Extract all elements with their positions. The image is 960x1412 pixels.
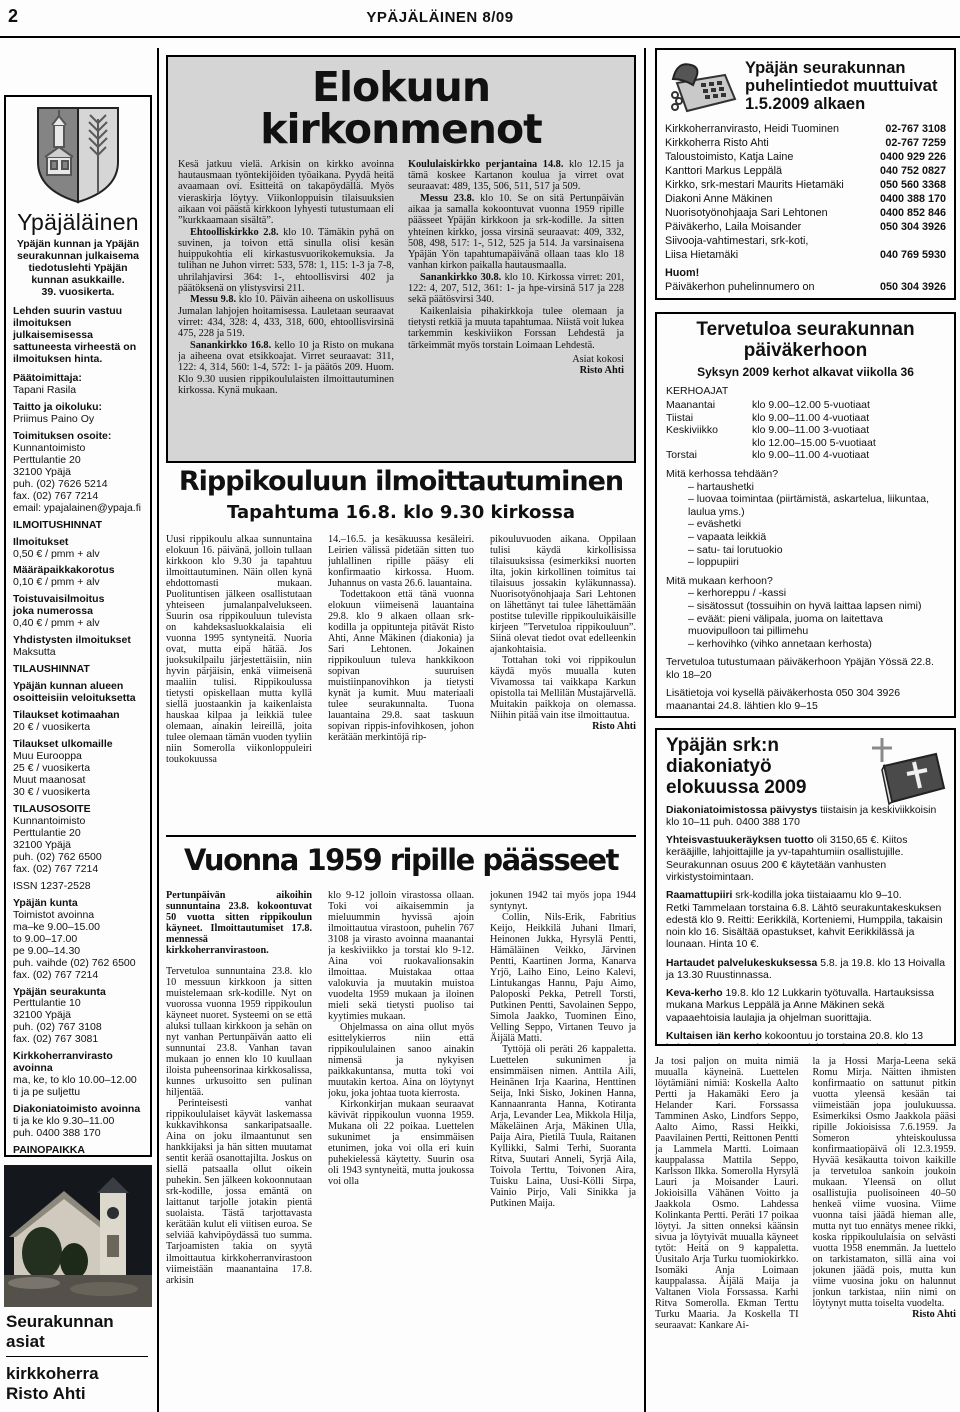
masthead-section: Taitto ja oikoluku:Priimus Paino Oy <box>13 402 143 426</box>
ypaja-coat-of-arms-icon <box>34 105 122 205</box>
article-title: Elokuun kirkonmenot <box>168 67 634 151</box>
list-item: – eväshetki <box>666 518 945 531</box>
diakonia-paragraph: Diakoniatoimistossa päivystys tiistaisin… <box>666 805 945 830</box>
masthead-sidebar: Ypäjäläinen Ypäjän kunnan ja Ypäjän seur… <box>4 95 152 1157</box>
article-column: jokunen 1942 tai myös jopa 1944 syntynyt… <box>490 890 636 1410</box>
article-title-vuonna-1959: Vuonna 1959 ripille päässeet <box>166 843 636 877</box>
schedule-row: Keskiviikkoklo 9.00–11.00 3-vuotiaat <box>666 424 945 437</box>
article-title-rippikoulu: Rippikouluun ilmoittautuminen <box>166 466 636 497</box>
masthead-subtitle: Ypäjän kunnan ja Ypäjän seurakunnan julk… <box>13 239 143 299</box>
phone-numbers-box: Ypäjän seurakunnan puhelintiedot muuttui… <box>655 48 956 300</box>
paivakerho-subtitle: Syksyn 2009 kerhot alkavat viikolla 36 <box>666 365 945 379</box>
phone-row: Nuorisotyönohjaaja Sari Lehtonen0400 852… <box>665 206 946 220</box>
question-heading: Mitä mukaan kerhoon? <box>666 575 945 588</box>
section-rule <box>166 835 636 837</box>
schedule-label: KERHOAJAT <box>666 385 945 398</box>
article-column: Kesä jatkuu vielä. Arkisin on kirkko avo… <box>178 159 394 429</box>
church-night-photo <box>4 1165 152 1307</box>
phone-box-title: Ypäjän seurakunnan puhelintiedot muuttui… <box>745 59 937 113</box>
article-column: 14.–16.5. ja kesäkuussa kesäleiri. Leiri… <box>328 534 474 830</box>
schedule-row: Torstaiklo 9.00–11.00 4-vuotiaat <box>666 449 945 462</box>
list-item: – sisätossut (tossuihin on hyvä laittaa … <box>666 600 945 613</box>
phone-list: Kirkkoherranvirasto, Heidi Tuominen02-76… <box>665 122 946 262</box>
bible-cross-icon <box>864 736 948 806</box>
phone-row: Kanttori Markus Leppälä040 752 0827 <box>665 164 946 178</box>
article-column: Uusi rippikoulu alkaa sunnuntaina elokuu… <box>166 534 312 830</box>
diakonia-box: Ypäjän srk:n diakoniatyö elokuussa 2009 … <box>655 728 956 1046</box>
paivakerho-outro: Tervetuloa tutustumaan päiväkerhoon Ypäj… <box>666 656 945 681</box>
article-column: Koululaiskirkko perjantaina 14.8. klo 12… <box>408 159 624 429</box>
article-column: la ja Hossi Marja-Leena sekä Romu Mirja.… <box>813 1056 957 1412</box>
masthead-section: ISSN 1237-2528 <box>13 881 143 893</box>
phone-row: Kirkko, srk-mestari Maurits Hietamäki050… <box>665 178 946 192</box>
sidebar-footer-rule <box>6 1356 148 1357</box>
article-column: Ja tosi paljon on muita nimiä muualla kä… <box>655 1056 799 1412</box>
phone-row: Taloustoimisto, Katja Laine0400 929 226 <box>665 150 946 164</box>
masthead-section: ILMOITUSHINNAT <box>13 520 143 532</box>
sidebar-footer-byline: kirkkoherra Risto Ahti <box>6 1364 156 1403</box>
masthead-section: Toistuvaisilmoitus joka numerossa0,40 € … <box>13 594 143 630</box>
phone-row: Diakoni Anne Mäkinen0400 388 170 <box>665 192 946 206</box>
diakonia-paragraph: Keva-kerho 19.8. klo 12 Lukkarin työtuva… <box>666 988 945 1025</box>
schedule-row: klo 12.00–15.00 5-vuotiaat <box>666 437 945 450</box>
article-rippikoulu-body: Uusi rippikoulu alkaa sunnuntaina elokuu… <box>166 534 636 830</box>
list-item: – loppupiiri <box>666 556 945 569</box>
masthead-section: Ypäjän seurakuntaPerttulantie 10 32100 Y… <box>13 987 143 1047</box>
newspaper-page: 2 YPÄJÄLÄINEN 8/09 Ypäjäläinen Ypäjän ku… <box>0 0 960 1412</box>
question-heading: Mitä kerhossa tehdään? <box>666 468 945 481</box>
diakonia-title: Ypäjän srk:n diakoniatyö elokuussa 2009 <box>666 736 866 799</box>
masthead-section: Määräpaikkakorotus0,10 € / pmm + alv <box>13 565 143 589</box>
list-item: – vapaata leikkiä <box>666 531 945 544</box>
column-divider-right <box>644 48 646 1412</box>
article-vuonna-1959-body: Pertunpäivän aikoihin sunnuntaina 23.8. … <box>166 890 636 1410</box>
diakonia-paragraph: Kultaisen iän kerho kokoontuu jo torstai… <box>666 1031 945 1046</box>
masthead-section: TILAUSHINNAT <box>13 664 143 676</box>
masthead-section: Ilmoitukset0,50 € / pmm + alv <box>13 537 143 561</box>
diakonia-paragraph: Hartaudet palvelukeskuksessa 5.8. ja 19.… <box>666 958 945 983</box>
schedule-row: Tiistaiklo 9.00–11.00 4-vuotiaat <box>666 412 945 425</box>
paivakerho-box: Tervetuloa seurakunnan päiväkerhoon Syks… <box>655 312 956 718</box>
list-item: – satu- tai lorutuokio <box>666 544 945 557</box>
schedule-row: Maanantaiklo 9.00–12.00 5-vuotiaat <box>666 399 945 412</box>
article-column: pikouluvuoden aikana. Oppilaan tulisi kä… <box>490 534 636 830</box>
masthead-section: Ypäjän kunnan alueen osoitteisiin veloit… <box>13 681 143 705</box>
masthead-section: Tilaukset kotimaahan20 € / vuosikerta <box>13 710 143 734</box>
masthead-section: Tilaukset ulkomailleMuu Eurooppa 25 € / … <box>13 739 143 799</box>
article-column: Pertunpäivän aikoihin sunnuntaina 23.8. … <box>166 890 312 1410</box>
phone-row: Päiväkerho, Laila Moisander050 304 3926 <box>665 220 946 234</box>
phone-box-note: Huom! Päiväkerhon puhelinnumero on050 30… <box>665 266 946 294</box>
sidebar-footer-heading: Seurakunnan asiat <box>6 1312 156 1351</box>
header-rule <box>0 36 960 38</box>
masthead-liability-note: Lehden suurin vastuu ilmoituksen julkais… <box>13 306 143 366</box>
paper-header-title: YPÄJÄLÄINEN 8/09 <box>0 9 880 26</box>
article-subtitle-rippikoulu: Tapahtuma 16.8. klo 9.30 kirkossa <box>166 502 636 523</box>
phone-row: Kirkkoherranvirasto, Heidi Tuominen02-76… <box>665 122 946 136</box>
masthead-section: Kirkkoherranvirasto avoinnama, ke, to kl… <box>13 1051 143 1099</box>
diakonia-paragraph: Raamattupiiri srk-kodilla joka tiistaiaa… <box>666 890 945 951</box>
article-elokuun-kirkonmenot: Elokuun kirkonmenot Kesä jatkuu vielä. A… <box>166 55 636 463</box>
masthead-section: Päätoimittaja:Tapani Rasila <box>13 373 143 397</box>
list-item: – kerhoreppu / -kassi <box>666 587 945 600</box>
paivakerho-title: Tervetuloa seurakunnan päiväkerhoon <box>666 320 945 361</box>
masthead-section: Ypäjän kuntaToimistot avoinna ma–ke 9.00… <box>13 898 143 982</box>
schedule-table: Maanantaiklo 9.00–12.00 5-vuotiaat Tiist… <box>666 399 945 462</box>
phone-row: Liisa Hietamäki040 769 5930 <box>665 248 946 262</box>
masthead-section: Diakoniatoimisto avoinnati ja ke klo 9.3… <box>13 1104 143 1140</box>
phone-row: Siivooja-vahtimestari, srk-koti, <box>665 234 946 248</box>
masthead-section: Yhdistysten ilmoituksetMaksutta <box>13 635 143 659</box>
phone-row: Kirkkoherra Risto Ahti02-767 7259 <box>665 136 946 150</box>
article-vuonna-1959-continuation: Ja tosi paljon on muita nimiä muualla kä… <box>655 1056 956 1412</box>
article-byline: Asiat kokosi Risto Ahti <box>408 354 624 377</box>
telephone-icon <box>665 55 739 117</box>
column-divider-left <box>157 48 159 1412</box>
list-item: – luovaa toimintaa (piirtämistä, askarte… <box>666 493 945 518</box>
diakonia-paragraph: Yhteisvastuukeräyksen tuotto oli 3150,65… <box>666 835 945 884</box>
list-item: – hartaushetki <box>666 481 945 494</box>
list-item: – kerhovihko (vihko annetaan kerhosta) <box>666 638 945 651</box>
article-column: klo 9-12 jolloin virastossa ollaan. Toki… <box>328 890 474 1410</box>
list-item: – eväät: pieni välipala, juoma on laitet… <box>666 613 945 638</box>
masthead-section: Toimituksen osoite:Kunnantoimisto Perttu… <box>13 431 143 515</box>
masthead-section: TILAUSOSOITEKunnantoimisto Perttulantie … <box>13 804 143 876</box>
masthead-title: Ypäjäläinen <box>13 209 143 235</box>
paivakerho-outro: Lisätietoja voi kysellä päiväkerhosta 05… <box>666 687 945 712</box>
masthead-section: PAINOPAIKKA Priimus Paino Oy <box>13 1145 143 1157</box>
